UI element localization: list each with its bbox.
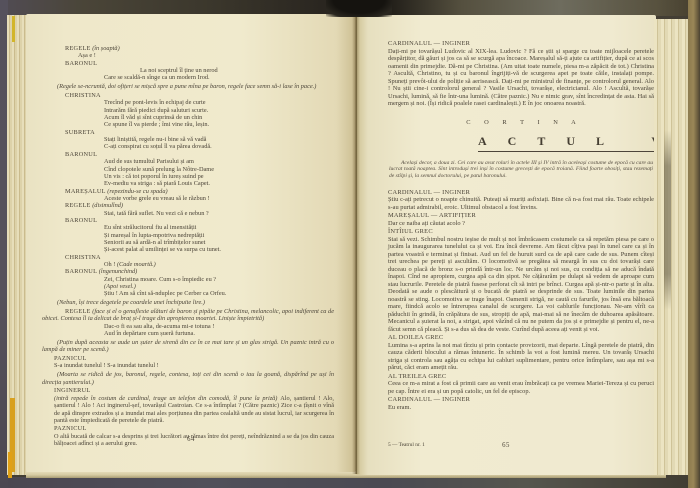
verse-line: Care se scaldă-n sînge ca un modern Irod… [104,74,334,81]
inline-stage-direction: (Cade moartă.) [115,261,155,268]
speaker-name: CHRISTINA [65,92,101,99]
verse-line: Acum îl văd și sînt cuprinsă de un chin [104,114,334,121]
book-cover-right-edge [688,0,700,488]
speaker-heading: AL DOILEA GREC [388,334,654,342]
speaker-heading: CHRISTINA [42,254,334,261]
verse-line: La noi sceptrul îl ține un nerod [140,67,334,74]
inline-stage-direction: (repezindu-se cu spada) [106,188,168,195]
page-number-right: 65 [356,442,656,449]
left-page-text: REGELE (în șoaptă)Așa e !BARONULLa noi s… [42,45,334,448]
speaker-name: MAREȘALUL [65,188,106,195]
stage-direction: (Moarta se ridică de jos, baronul, regel… [42,371,334,386]
speaker-name: REGELE [65,202,91,209]
verse-line: (Apoi vesel.) [104,283,334,290]
verse-group: Eu sînt strălucitorul fiu al imensității… [42,224,334,253]
verse-group: Așa e ! [42,52,334,59]
speaker-name: CARDINALUL — INGINER [388,40,470,47]
book-gutter [352,14,360,474]
verse-line: Oh ! (Cade moartă.) [104,261,334,268]
verse-line: Aud în depărtare cum șueră furtuna. [104,330,334,337]
verse-group: La noi sceptrul îl ține un nerodCare se … [42,67,334,82]
speaker-name: BARONUL [65,217,97,224]
verse-line: Zei, Christina moare. Cum s-o împiedic e… [104,276,334,283]
speech-paragraph: (intră repede în costum de cardinal, tra… [54,395,334,424]
speaker-heading: PAZNICUL [42,355,334,362]
speaker-heading: PAZNICUL [42,425,334,432]
speaker-heading: CARDINALUL — INGINER [388,396,654,404]
page-edges-right [654,19,688,475]
verse-line: Știu ! Am să cînt să-nduplec pe Cerber c… [104,290,334,297]
speech-paragraph: Dar ce naiba ați căutat acolo ? [388,220,654,228]
scene-description: Același decor, a doua zi. Cei care au av… [389,160,653,180]
cortina-label: C O R T I N A [388,119,654,127]
speaker-name: ÎNTÎIUL GREC [388,228,433,235]
page-edge-streak [8,452,12,478]
speech-paragraph: Eu eram. [388,404,654,412]
verse-line: Seniorii au să ardă-n al trîmbițelor sun… [104,239,334,246]
speaker-name: BARONUL [65,60,97,67]
left-page: REGELE (în șoaptă)Așa e !BARONULLa noi s… [26,14,356,472]
stage-direction: (Nebun, își trece degetele pe coardele u… [42,299,334,306]
verse-group: Zei, Christina moare. Cum s-o împiedic e… [42,276,334,298]
verse-line: Ce spune îl va pierde ; îmi vine rău, le… [104,121,334,128]
speaker-name: INGINERUL [54,387,91,394]
speaker-heading: REGELE (în șoaptă) [42,45,334,52]
verse-line: Așa e ! [78,52,334,59]
speaker-name: REGELE [65,45,91,52]
verse-line: Ev-mediu va striga : să piară Louis Cape… [104,180,334,187]
speaker-heading: REGELE (face și el o genuflexie alături … [42,308,334,323]
speech-paragraph: Știu c-ați petrecut o noapte chinuită. P… [388,196,654,211]
speech-paragraph: Dați-mi pe tovarășul Ludovic al XIX-lea.… [388,48,654,108]
verse-line: Stai, tată fără suflet. Nu vezi că e neb… [104,210,334,217]
verse-line: Eu sînt strălucitorul fiu al imensității [104,224,334,231]
speaker-heading: BARONUL [42,60,334,67]
speaker-heading: INGINERUL [42,387,334,394]
speaker-heading: AL TREILEA GREC [388,373,654,381]
book-cover-bottom-edge [0,477,700,488]
speaker-name: PAZNICUL [54,355,87,362]
speaker-heading: BARONUL [42,217,334,224]
act-header: ACTULV [478,138,660,152]
speaker-name: REGELE [65,308,91,315]
speaker-name: AL DOILEA GREC [388,334,443,341]
speaker-name: AL TREILEA GREC [388,373,446,380]
stage-direction: (Regele se-ncruntă, doi ofițeri se mișcă… [42,83,334,90]
inline-stage-direction: (îngenunchind) [97,268,137,275]
page-number-left: 64 [26,436,356,443]
speaker-name: CARDINALUL — INGINER [388,189,470,196]
speech-paragraph: S-a inundat tunelul ! S-a inundat tunelu… [54,362,334,369]
verse-line: Stați liniștită, regele nu-i bine să vă … [104,136,334,143]
speaker-name: CHRISTINA [65,254,101,261]
right-page: CARDINALUL — INGINERDați-mi pe tovarășul… [356,15,656,475]
speaker-heading: CARDINALUL — INGINER [388,40,654,48]
speaker-heading: CHRISTINA [42,92,334,99]
inline-stage-direction: (disimulînd) [91,202,123,209]
verse-group: Dac-o fi ea sau alta, de-acuma mi-e totu… [42,323,334,338]
speaker-name: CARDINALUL — INGINER [388,396,470,403]
speaker-name: BARONUL [65,268,97,275]
speech-paragraph: Stai să vezi. Schimbul nostru ieșise de … [388,236,654,334]
speaker-heading: REGELE (disimulînd) [42,202,334,209]
verse-group: Trecînd pe pont-levis în echipaj de curt… [42,99,334,128]
verse-line: Și mareșal în lupta-mpotriva nedreptății [104,232,334,239]
speaker-heading: CARDINALUL — INGINER [388,189,654,197]
verse-line: Dac-o fi ea sau alta, de-acuma mi-e totu… [104,323,334,330]
verse-group: Stai, tată fără suflet. Nu vezi că e neb… [42,210,334,217]
verse-line: Aceste vorbe grele eu vreau să le răzbun… [104,195,334,202]
speaker-heading: SUBRETA [42,129,334,136]
verse-line: Și-acest palat al umilinței se va surpa … [104,246,334,253]
stage-direction: (Puțin după aceasta se aude un șuier de … [42,339,334,354]
speaker-heading: BARONUL (îngenunchind) [42,268,334,275]
verse-line: Cînd clopotele sună prelung la Nôtre-Dam… [104,166,334,173]
verse-line: Trecînd pe pont-levis în echipaj de curt… [104,99,334,106]
act-title: ACTUL [478,138,625,146]
verse-group: Aud de sus tumultul Parisului și amCînd … [42,158,334,187]
speaker-name: PAZNICUL [54,425,87,432]
speaker-heading: ÎNTÎIUL GREC [388,228,654,236]
verse-group: Oh ! (Cade moartă.) [42,261,334,268]
verse-group: Aceste vorbe grele eu vreau să le răzbun… [42,195,334,202]
spine-shadow [326,0,392,17]
speech-paragraph: Ceea ce m-a mirat a fost că primii care … [388,380,654,395]
verse-line: Intrarăm fără piedici după saluturi scur… [104,107,334,114]
verse-group: Stați liniștită, regele nu-i bine să vă … [42,136,334,151]
page-edge-shadow [664,130,671,310]
speaker-name: MAREȘALUL — ARTIFIȚIER [388,212,476,219]
verse-line: C-ați conspirat cu soțul îl va părea dov… [104,143,334,150]
speaker-name: SUBRETA [65,129,95,136]
speaker-name: BARONUL [65,151,97,158]
speaker-heading: BARONUL [42,151,334,158]
speaker-heading: MAREȘALUL — ARTIFIȚIER [388,212,654,220]
speech-paragraph: Lumina s-a aprins la noi mai tîrziu și p… [388,342,654,372]
verse-line: Aud de sus tumultul Parisului și am [104,158,334,165]
page-edge-streak [12,16,15,42]
speaker-heading: MAREȘALUL (repezindu-se cu spada) [42,188,334,195]
inline-stage-direction: (în șoaptă) [91,45,120,52]
inline-stage-direction: (intră repede în costum de cardinal, tra… [54,395,280,402]
verse-line: Un vis : că tot poporul în iureș suind p… [104,173,334,180]
right-page-text: CARDINALUL — INGINERDați-mi pe tovarășul… [388,40,654,412]
